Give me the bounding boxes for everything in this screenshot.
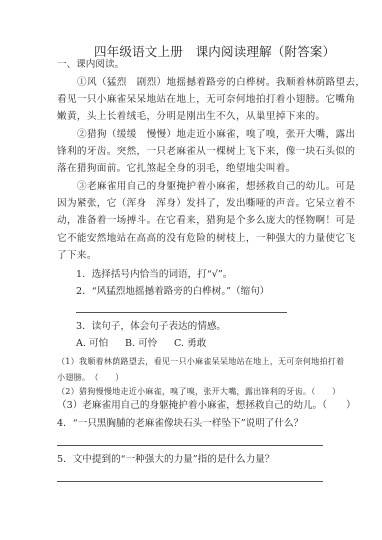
passage-paragraph-1-line-1: ①风（猛烈 剧烈）地摇撼着路旁的白桦树。我顺着林荫路望去， (77, 78, 324, 88)
question-5: 5．文中提到的“一种强大的力量”指的是什么力量？ (57, 455, 274, 465)
answer-line-q4[interactable] (57, 445, 323, 446)
question-4: 4．“一只黑胸脯的老麻雀像块石头一样坠下”说明了什么？ (57, 419, 303, 429)
question-3: 3．读句子，体会句子表达的情感。 (76, 322, 226, 332)
question-3-item-1-line-2[interactable]: 小翅膀。 （ ） (57, 373, 124, 381)
answer-line-q5[interactable] (57, 481, 323, 482)
question-3-item-2[interactable]: （2）猎狗慢慢地走近小麻雀，嗅了嗅，张开大嘴，露出锋利的牙齿。（ ） (57, 387, 340, 395)
option-c: C. 勇敢 (174, 339, 206, 349)
passage-paragraph-1-line-2: 看见一只小麻雀呆呆地站在地上，无可奈何地拍打着小翅膀。它嘴角 (57, 95, 324, 105)
passage-paragraph-3-line-5: 了下来。 (57, 251, 324, 261)
passage-paragraph-3-line-3: 动，准备着一场搏斗。在它看来，猎狗是个多么庞大的怪物啊！可是 (57, 216, 324, 226)
passage-paragraph-3-line-2: 因为紧张，它（浑身 浑身）发抖了，发出嘶哑的声音。它呆立着不 (57, 199, 324, 209)
passage-paragraph-1-line-3: 嫩黄，头上长着绒毛，分明是刚出生不久，从巢里掉下来的。 (57, 112, 324, 122)
passage-paragraph-3-line-4: 它不能安然地站在高高的没有危险的树枝上，一种强大的力量使它飞 (57, 234, 324, 244)
answer-line-q2[interactable] (76, 312, 287, 313)
passage-paragraph-2-line-1: ②猎狗（缓缓 慢慢）地走近小麻雀，嗅了嗅，张开大嘴，露出 (77, 130, 324, 140)
passage-paragraph-2-line-2: 锋利的牙齿。突然，一只老麻雀从一棵树上飞下来，像一块石头似的 (57, 147, 324, 157)
page-title: 四年级语文上册 课内阅读理解（附答案） (94, 46, 288, 59)
option-b: B. 可怜 (125, 339, 157, 349)
passage-paragraph-2-line-3: 落在猎狗面前。它扎煞起全身的羽毛，绝望地尖叫着。 (57, 164, 324, 174)
question-2: 2．“风猛烈地摇撼着路旁的白桦树。”（缩句） (76, 287, 269, 297)
question-3-item-3[interactable]: （3）老麻雀用自己的身躯掩护着小麻雀，想拯救自己的幼儿。（ ） (57, 401, 356, 411)
passage-paragraph-3-line-1: ③老麻雀用自己的身躯掩护着小麻雀，想拯救自己的幼儿。可是 (77, 182, 324, 192)
question-3-item-1-line-1: （1）我顺着林荫路望去，看见一只小麻雀呆呆地站在地上，无可奈何地拍打着 (57, 357, 344, 365)
option-a: A. 可怕 (76, 339, 108, 349)
question-1: 1．选择括号内恰当的词语，打“√”。 (76, 270, 232, 280)
section-heading: 一、课内阅读。 (57, 60, 124, 70)
